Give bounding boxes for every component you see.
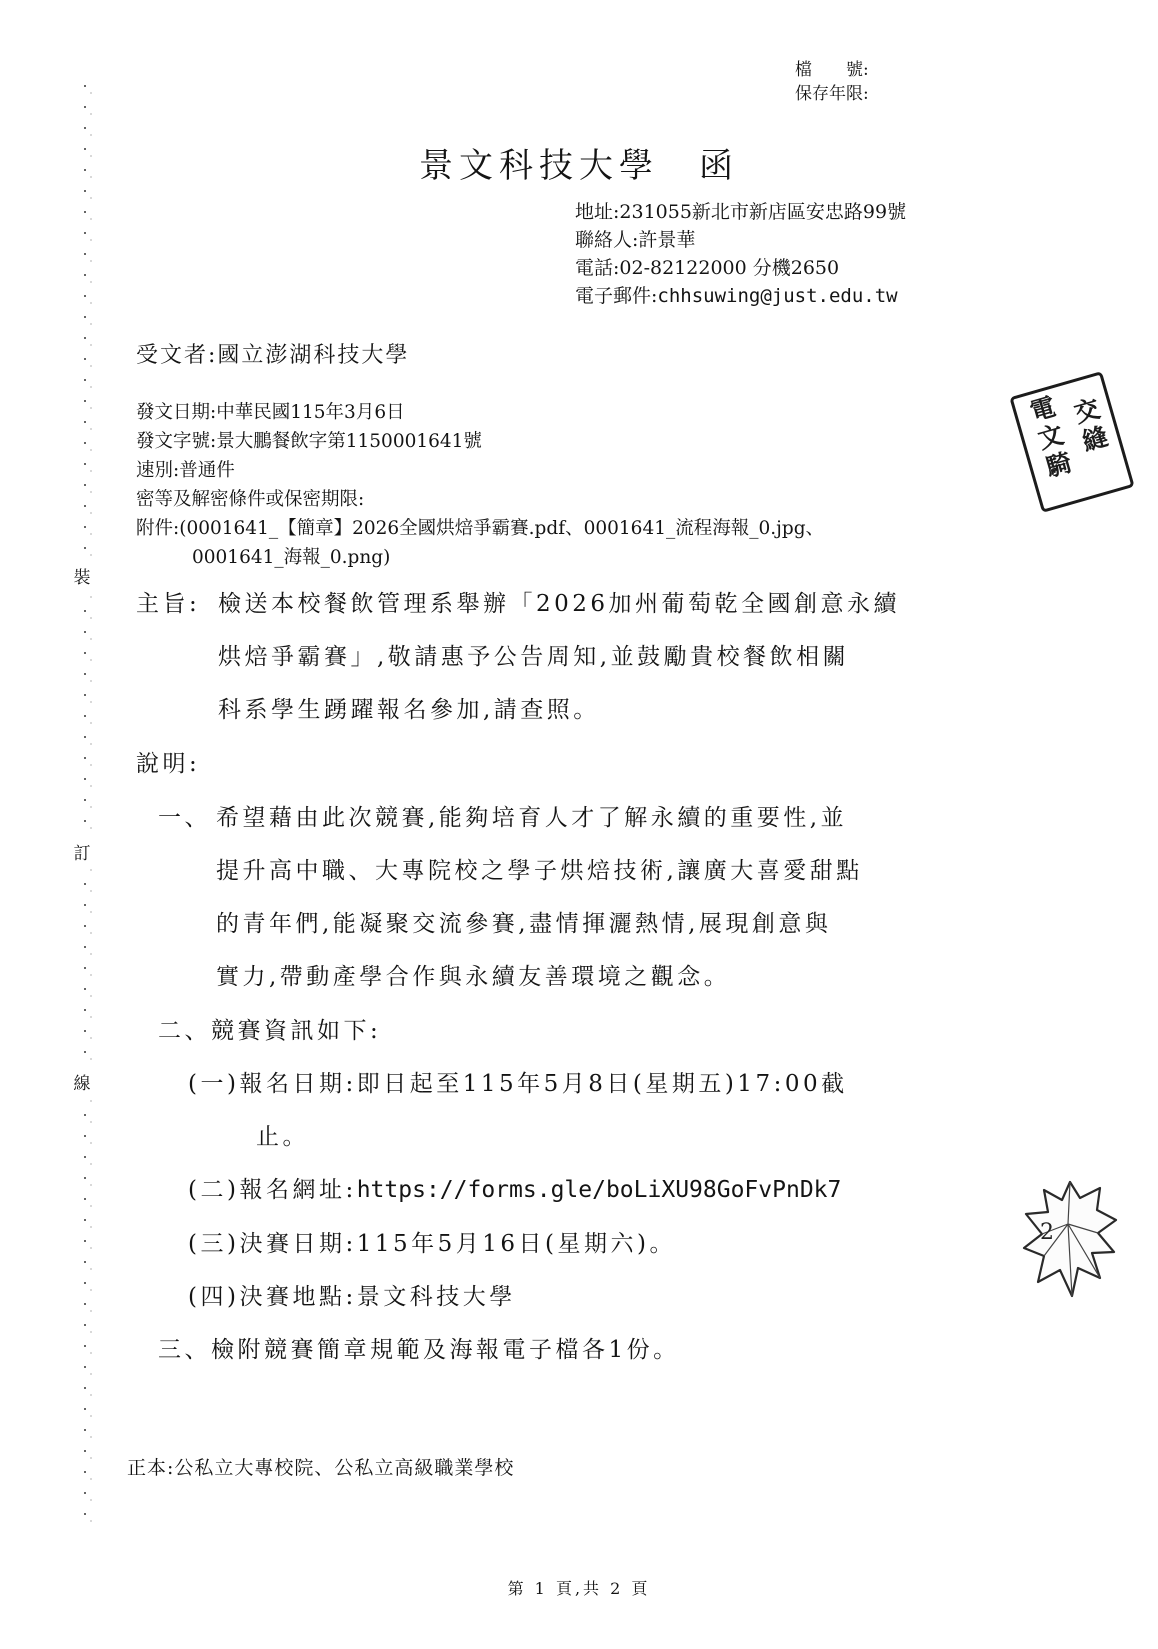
explanation-item3: 三、檢附競賽簡章規範及海報電子檔各1份。 [158, 1324, 680, 1377]
explanation-item1-line: 實力,帶動產學合作與永續友善環境之觀念。 [216, 951, 863, 1004]
explanation-label: 說明: [136, 738, 200, 791]
sender-info-block: 地址:231055新北市新店區安忠路99號 聯絡人:許景華 電話:02-8212… [575, 198, 906, 310]
file-number-label: 檔 號: [795, 58, 869, 82]
page2-number: 2 [1040, 1220, 1054, 1245]
final-venue-line: (四)決賽地點:景文科技大學 [188, 1271, 516, 1324]
binding-char-zhuang: 裝 [68, 560, 96, 591]
subject-line: 科系學生踴躍報名參加,請查照。 [218, 684, 900, 737]
electronic-joint-seal-stamp: 交縫 電文騎 [1009, 371, 1134, 513]
distribution-line: 正本:公私立大專校院、公私立高級職業學校 [127, 1453, 514, 1480]
sender-email-label: 電子郵件: [575, 285, 657, 307]
recipient-line: 受文者:國立澎湖科技大學 [136, 338, 409, 369]
embossed-crumple-stamp [1020, 1178, 1120, 1300]
explanation-item1-line: 提升高中職、大專院校之學子烘焙技術,讓廣大喜愛甜點 [216, 845, 863, 898]
explanation-item1-line: 希望藉由此次競賽,能夠培育人才了解永續的重要性,並 [216, 792, 863, 845]
registration-url[interactable]: https://forms.gle/boLiXU98GoFvPnDk7 [357, 1177, 842, 1203]
file-number-block: 檔 號: 保存年限: [795, 58, 869, 106]
attachments-line2: 0001641_海報_0.png) [136, 543, 824, 572]
sender-phone: 電話:02-82122000 分機2650 [575, 254, 906, 282]
binding-char-ding: 訂 [68, 836, 96, 867]
final-date-line: (三)決賽日期:115年5月16日(星期六)。 [188, 1218, 676, 1271]
page-footer: 第 1 頁,共 2 頁 [0, 1576, 1158, 1599]
sender-contact: 聯絡人:許景華 [575, 226, 906, 254]
document-page: 裝 訂 線 檔 號: 保存年限: 景文科技大學 函 地址:231055新北市新店… [0, 0, 1158, 1649]
issue-date: 發文日期:中華民國115年3月6日 [136, 398, 824, 427]
registration-date-line: (一)報名日期:即日起至115年5月8日(星期五)17:00截 [188, 1058, 848, 1111]
sender-address: 地址:231055新北市新店區安忠路99號 [575, 198, 906, 226]
binding-dotted-line [84, 85, 86, 1525]
subject-line: 檢送本校餐飲管理系舉辦「2026加州葡萄乾全國創意永續 [218, 578, 900, 631]
issue-number: 發文字號:景大鵬餐飲字第1150001641號 [136, 427, 824, 456]
explanation-item1-text: 希望藉由此次競賽,能夠培育人才了解永續的重要性,並 提升高中職、大專院校之學子烘… [216, 792, 863, 1004]
retention-label: 保存年限: [795, 82, 869, 106]
document-title: 景文科技大學 函 [0, 138, 1158, 187]
sender-email: chhsuwing@just.edu.tw [657, 285, 897, 307]
subject-line: 烘焙爭霸賽」,敬請惠予公告周知,並鼓勵貴校餐飲相關 [218, 631, 900, 684]
binding-dotted-line-light [90, 92, 92, 1522]
registration-date-cont: 止。 [256, 1111, 309, 1164]
attachments-line1: 附件:(0001641_【簡章】2026全國烘焙爭霸賽.pdf、0001641_… [136, 514, 824, 543]
subject-text: 檢送本校餐飲管理系舉辦「2026加州葡萄乾全國創意永續 烘焙爭霸賽」,敬請惠予公… [218, 578, 900, 737]
explanation-item2: 二、競賽資訊如下: [158, 1005, 381, 1058]
security-class: 密等及解密條件或保密期限: [136, 485, 824, 514]
speed-class: 速別:普通件 [136, 456, 824, 485]
explanation-item1-label: 一、 [158, 792, 211, 845]
subject-label: 主旨: [136, 578, 200, 631]
document-meta-block: 發文日期:中華民國115年3月6日 發文字號:景大鵬餐飲字第1150001641… [136, 398, 824, 572]
sender-email-line: 電子郵件:chhsuwing@just.edu.tw [575, 282, 906, 310]
explanation-item1-line: 的青年們,能凝聚交流參賽,盡情揮灑熱情,展現創意與 [216, 898, 863, 951]
registration-url-label: (二)報名網址: [188, 1177, 357, 1203]
binding-char-xian: 線 [68, 1066, 96, 1097]
registration-url-line: (二)報名網址:https://forms.gle/boLiXU98GoFvPn… [188, 1164, 841, 1217]
